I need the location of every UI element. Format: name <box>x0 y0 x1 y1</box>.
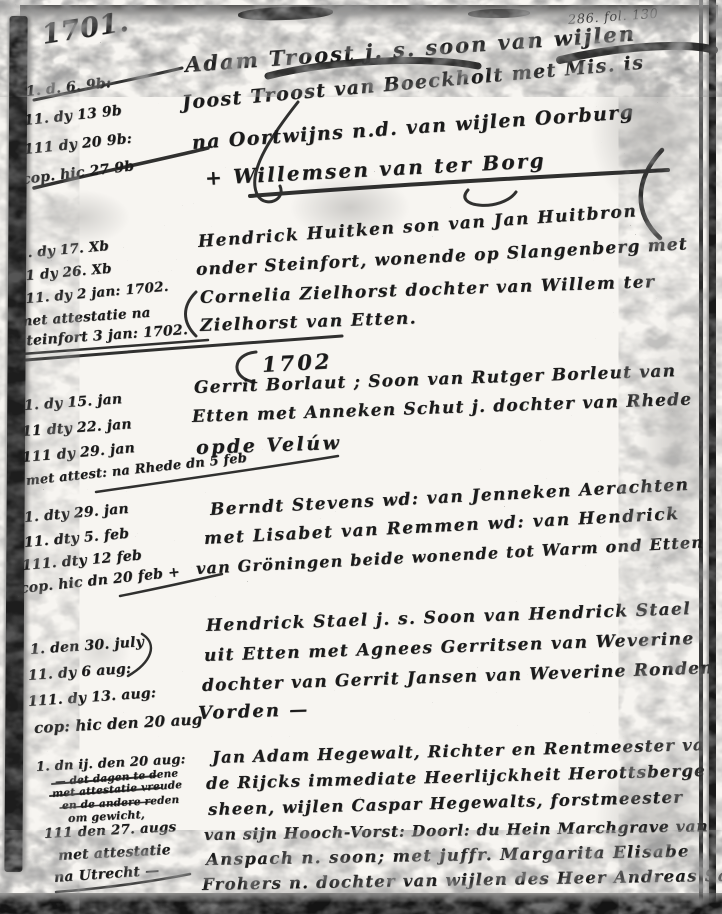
entry-line: na Oortwijns n.d. van wijlen Oorburg <box>191 101 635 154</box>
photocopy-smudge <box>30 190 130 245</box>
ink-flourish <box>465 190 516 205</box>
margin-note: 1. dty 29. jan <box>23 501 129 526</box>
margin-note: met attestatie <box>58 842 172 864</box>
scanned-register-page: 1701. 286. fol. 130 1. d. 6. 9b: 11. dy … <box>0 0 722 914</box>
margin-note: 111 dy 29. jan <box>21 440 135 466</box>
margin-note: 111 den 27. augs <box>44 819 177 842</box>
margin-note: cop: hic den 20 aug <box>34 710 203 737</box>
margin-note: 11 dty 22. jan <box>21 416 132 440</box>
scan-edge-right <box>709 0 716 914</box>
margin-note: 1. dy 15. jan <box>23 391 122 414</box>
entry-line: Vorden — <box>198 699 310 724</box>
margin-note: 111 dy 20 9b: <box>23 131 133 158</box>
entry-line: Zielhorst van Etten. <box>200 308 418 336</box>
margin-note: na Utrecht — <box>53 863 159 886</box>
entry-line: dochter van Gerrit Jansen van Weverine R… <box>202 658 714 696</box>
margin-note: 111. dy 13. aug: <box>27 685 156 710</box>
margin-note: cop. hic 27 9b <box>21 158 135 188</box>
margin-note: 11. dty 5. feb <box>23 526 130 551</box>
margin-note: 111. dy 2 jan: 1702. <box>15 279 169 308</box>
scan-edge-bottom <box>0 893 722 914</box>
margin-note: 1. dy 17. Xb <box>17 238 109 262</box>
entry-line: Cornelia Zielhorst dochter van Willem te… <box>200 272 656 308</box>
entry-line: opde Velúw <box>196 432 342 459</box>
entry-line: Hendrick Stael j. s. Soon van Hendrick S… <box>206 599 692 636</box>
margin-note: 11. dy 13 9b <box>23 103 122 129</box>
margin-note: 11 dy 26. Xb <box>15 261 112 285</box>
margin-note: 1. d. 6. 9b: <box>25 75 112 100</box>
margin-note: 11. dy 6 aug: <box>27 661 131 684</box>
